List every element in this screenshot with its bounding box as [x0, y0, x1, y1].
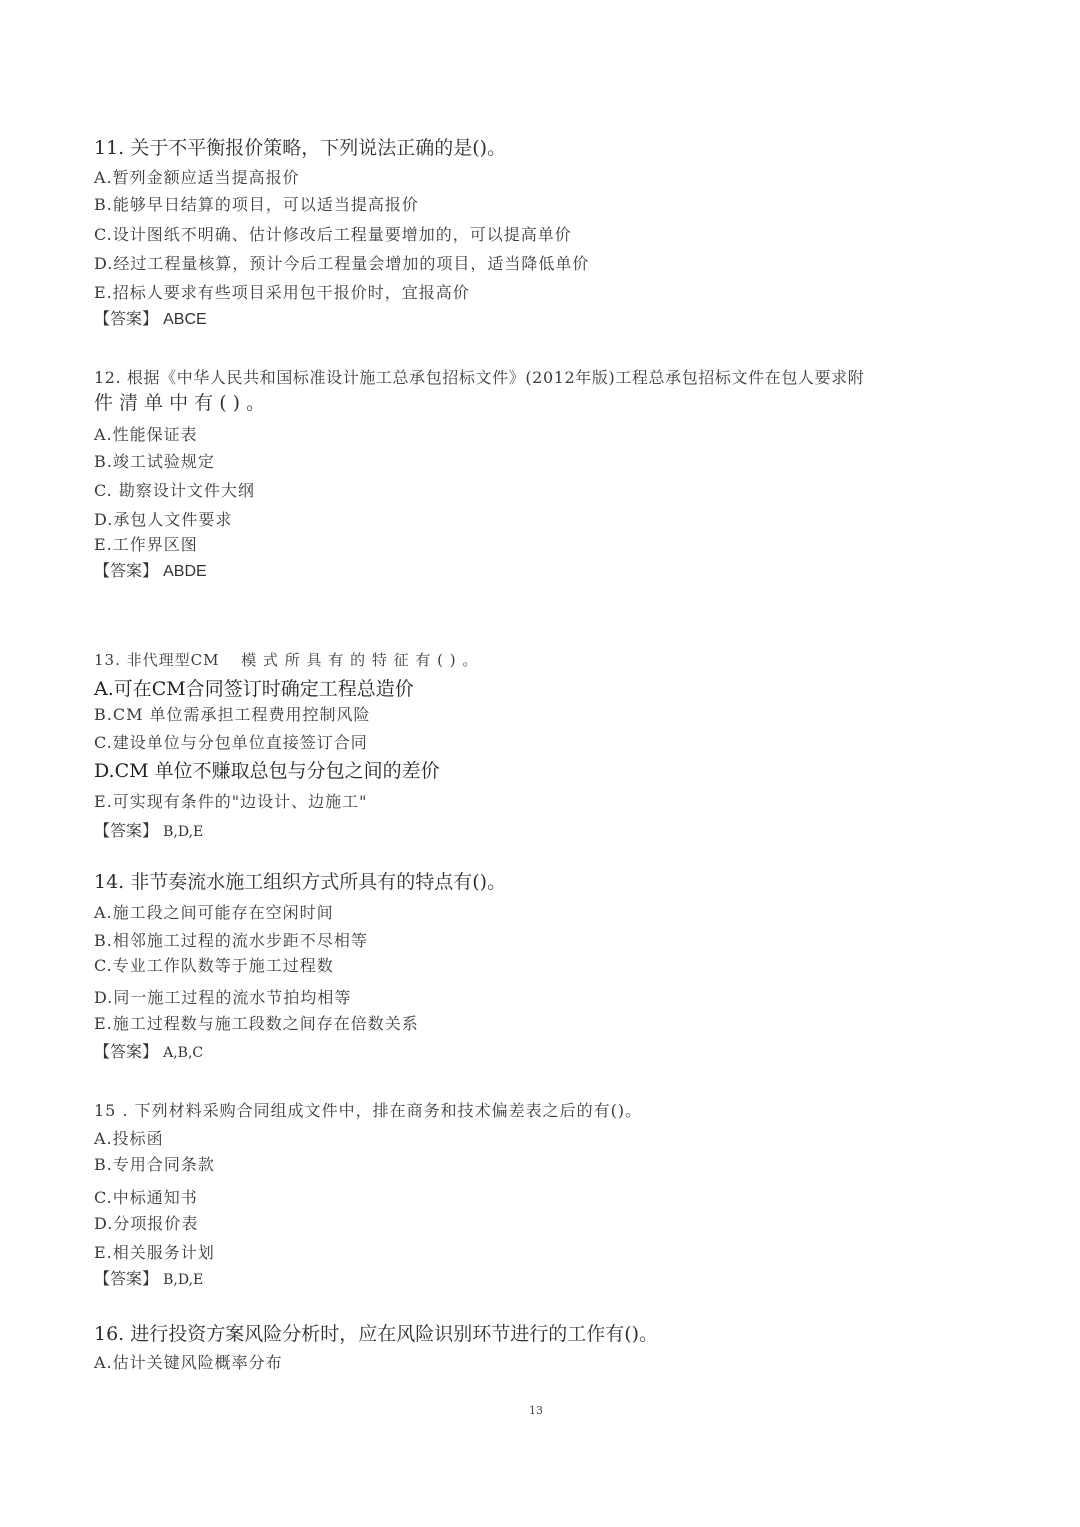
question-13-option-c: C.建设单位与分包单位直接签订合同	[94, 735, 368, 751]
answer-value: B,D,E	[163, 1272, 203, 1288]
question-11-option-a: A.暂列金额应适当提高报价	[94, 170, 300, 186]
answer-value: ABDE	[163, 563, 207, 580]
question-14-option-c: C.专业工作队数等于施工过程数	[94, 958, 334, 974]
question-14-option-a: A.施工段之间可能存在空闲时间	[94, 905, 334, 921]
question-15-title: 15 . 下列材料采购合同组成文件中，排在商务和技术偏差表之后的有()。	[94, 1103, 642, 1119]
question-15-option-a: A.投标函	[94, 1131, 164, 1147]
question-12-answer: 【答案】 ABDE	[94, 563, 207, 580]
answer-label: 【答案】	[94, 309, 158, 328]
question-14-option-d: D.同一施工过程的流水节拍均相等	[94, 990, 351, 1006]
answer-label: 【答案】	[94, 1042, 158, 1061]
question-16-title: 16. 进行投资方案风险分析时，应在风险识别环节进行的工作有()。	[94, 1325, 658, 1344]
answer-label: 【答案】	[94, 1269, 158, 1288]
question-11-option-c: C.设计图纸不明确、估计修改后工程量要增加的，可以提高单价	[94, 227, 572, 243]
question-14-option-b: B.相邻施工过程的流水步距不尽相等	[94, 933, 368, 949]
question-13-option-e: E.可实现有条件的"边设计、边施工"	[94, 794, 368, 810]
question-12-option-d: D.承包人文件要求	[94, 512, 232, 528]
question-15-option-e: E.相关服务计划	[94, 1245, 215, 1261]
answer-value: ABCE	[163, 311, 207, 328]
answer-value: B,D,E	[163, 824, 203, 840]
question-11-option-b: B.能够早日结算的项目，可以适当提高报价	[94, 197, 419, 213]
question-11-option-d: D.经过工程量核算，预计今后工程量会增加的项目，适当降低单价	[94, 256, 589, 272]
question-14-title: 14. 非节奏流水施工组织方式所具有的特点有()。	[94, 873, 506, 892]
question-13-option-b: B.CM 单位需承担工程费用控制风险	[94, 707, 371, 723]
question-11-title: 11. 关于不平衡报价策略，下列说法正确的是()。	[94, 139, 506, 158]
question-11-option-e: E.招标人要求有些项目采用包干报价时，宜报高价	[94, 285, 470, 301]
question-16-option-a: A.估计关键风险概率分布	[94, 1355, 283, 1371]
question-15-answer: 【答案】 B,D,E	[94, 1271, 203, 1287]
question-11-answer: 【答案】 ABCE	[94, 311, 207, 328]
question-12-title-continued: 件 清 单 中 有 ( ) 。	[94, 394, 265, 413]
question-13-title: 13. 非代理型CM 模 式 所 具 有 的 特 征 有 ( ) 。	[94, 653, 478, 668]
answer-value: A,B,C	[163, 1045, 203, 1061]
question-12-title: 12. 根据《中华人民共和国标准设计施工总承包招标文件》(2012年版)工程总承…	[94, 370, 864, 386]
question-13-option-d: D.CM 单位不赚取总包与分包之间的差价	[94, 762, 440, 781]
page-number: 13	[0, 1404, 1072, 1417]
question-13-option-a: A.可在CM合同签订时确定工程总造价	[94, 680, 414, 699]
question-12-option-b: B.竣工试验规定	[94, 454, 215, 470]
question-12-option-e: E.工作界区图	[94, 537, 198, 553]
question-15-option-d: D.分项报价表	[94, 1216, 198, 1232]
question-12-option-a: A.性能保证表	[94, 427, 198, 443]
question-15-option-c: C.中标通知书	[94, 1190, 198, 1206]
question-15-option-b: B.专用合同条款	[94, 1157, 215, 1173]
question-13-answer: 【答案】 B,D,E	[94, 823, 203, 839]
question-12-option-c: C. 勘察设计文件大纲	[94, 483, 255, 499]
question-14-option-e: E.施工过程数与施工段数之间存在倍数关系	[94, 1016, 419, 1032]
question-14-answer: 【答案】 A,B,C	[94, 1044, 203, 1060]
answer-label: 【答案】	[94, 561, 158, 580]
answer-label: 【答案】	[94, 821, 158, 840]
